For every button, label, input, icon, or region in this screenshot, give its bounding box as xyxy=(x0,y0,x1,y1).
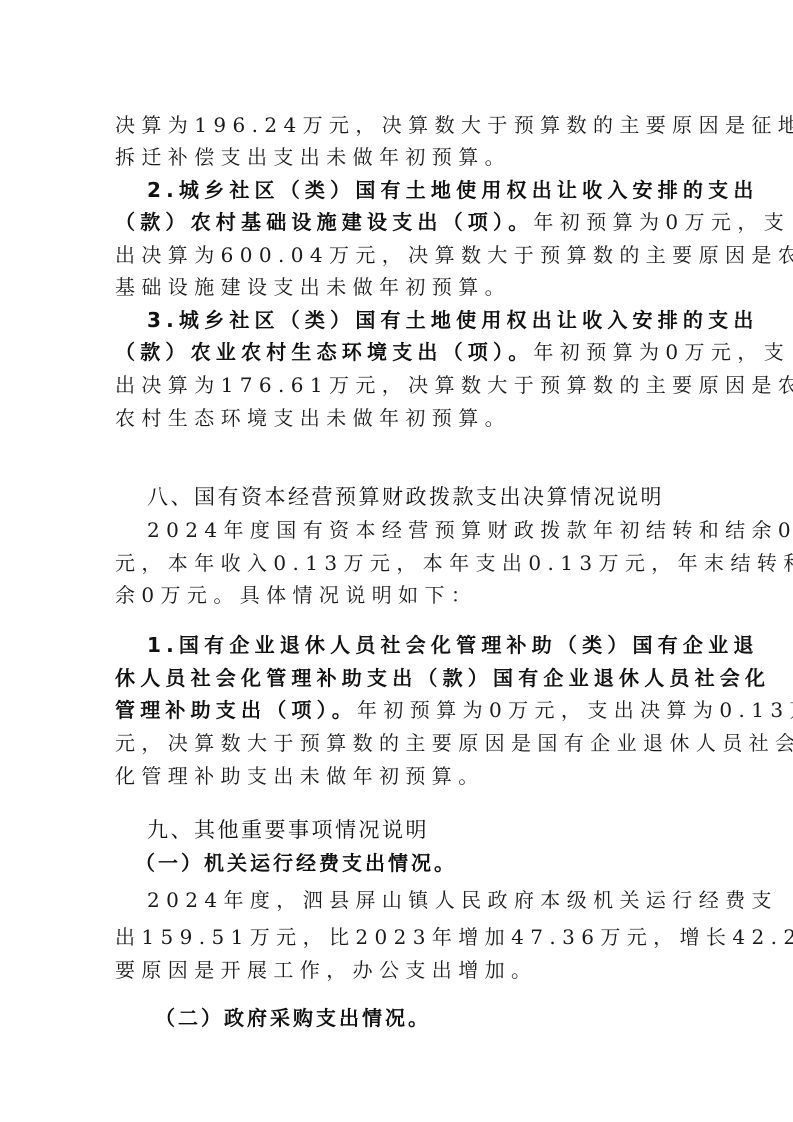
body-text: 基础设施建设支出未做年初预算。 xyxy=(115,275,511,299)
section-heading-text: 八、国有资本经营预算财政拨款支出决算情况说明 xyxy=(147,485,664,509)
paragraph-line: 化管理补助支出未做年初预算。 xyxy=(115,760,681,792)
body-text: 决算为196.24万元，决算数大于预算数的主要原因是征地和 xyxy=(115,113,793,137)
paragraph-line: 基础设施建设支出未做年初预算。 xyxy=(115,271,681,303)
body-text: 2024年度国有资本经营预算财政拨款年初结转和结余0万 xyxy=(147,518,793,542)
body-text: 拆迁补偿支出支出未做年初预算。 xyxy=(115,145,511,169)
paragraph-line: 2024年度，泗县屏山镇人民政府本级机关运行经费支 xyxy=(147,884,681,916)
paragraph-line: 要原因是开展工作，办公支出增加。 xyxy=(115,954,681,986)
item-title-bold: 3.城乡社区（类）国有土地使用权出让收入安排的支出 xyxy=(147,308,759,332)
item-title-bold: 1.国有企业退休人员社会化管理补助（类）国有企业退 xyxy=(147,633,759,657)
item-title-bold: 管理补助支出（项）。 xyxy=(115,698,357,722)
subsection-heading: （二）政府采购支出情况。 xyxy=(155,1002,681,1034)
item-title-bold: 休人员社会化管理补助支出（款）国有企业退休人员社会化 xyxy=(115,666,770,690)
paragraph-line: 余0万元。具体情况说明如下： xyxy=(115,579,681,611)
paragraph-line: 出159.51万元，比2023年增加47.36万元，增长42.2%，主 xyxy=(115,921,681,953)
document-page: 决算为196.24万元，决算数大于预算数的主要原因是征地和 拆迁补偿支出支出未做… xyxy=(0,0,793,1122)
item-title-line: 休人员社会化管理补助支出（款）国有企业退休人员社会化 xyxy=(115,662,681,694)
section-heading: 九、其他重要事项情况说明 xyxy=(147,814,681,846)
body-text: 化管理补助支出未做年初预算。 xyxy=(115,764,485,788)
section-heading: 八、国有资本经营预算财政拨款支出决算情况说明 xyxy=(147,481,681,513)
body-text: 年初预算为0万元，支 xyxy=(533,340,790,364)
body-text: 出决算为176.61万元，决算数大于预算数的主要原因是农业 xyxy=(115,373,793,397)
item-title-bold: （款）农村基础设施建设支出（项）。 xyxy=(115,210,533,234)
body-text: 年初预算为0万元，支 xyxy=(533,210,790,234)
paragraph-line: 管理补助支出（项）。年初预算为0万元，支出决算为0.13万 xyxy=(115,694,681,726)
paragraph-line: 拆迁补偿支出支出未做年初预算。 xyxy=(115,141,681,173)
paragraph-line: 元，本年收入0.13万元，本年支出0.13万元，年末结转和结 xyxy=(115,547,681,579)
item-title-line: 1.国有企业退休人员社会化管理补助（类）国有企业退 xyxy=(147,629,681,661)
paragraph-line: 农村生态环境支出未做年初预算。 xyxy=(115,402,681,434)
body-text: 元，本年收入0.13万元，本年支出0.13万元，年末结转和结 xyxy=(115,551,793,575)
paragraph-line: 决算为196.24万元，决算数大于预算数的主要原因是征地和 xyxy=(115,109,681,141)
body-text: 2024年度，泗县屏山镇人民政府本级机关运行经费支 xyxy=(147,888,778,912)
body-text: 农村生态环境支出未做年初预算。 xyxy=(115,406,511,430)
subsection-heading: （一）机关运行经费支出情况。 xyxy=(135,847,681,879)
paragraph-line: 出决算为600.04万元，决算数大于预算数的主要原因是农村 xyxy=(115,239,681,271)
body-text: 余0万元。具体情况说明如下： xyxy=(115,583,477,607)
item-title-line: 3.城乡社区（类）国有土地使用权出让收入安排的支出 xyxy=(147,304,681,336)
body-text: 出决算为600.04万元，决算数大于预算数的主要原因是农村 xyxy=(115,243,793,267)
paragraph-line: 元，决算数大于预算数的主要原因是国有企业退休人员社会 xyxy=(115,727,681,759)
body-text: 要原因是开展工作，办公支出增加。 xyxy=(115,958,537,982)
paragraph-line: （款）农业农村生态环境支出（项）。年初预算为0万元，支 xyxy=(115,336,681,368)
body-text: 年初预算为0万元，支出决算为0.13万 xyxy=(357,698,793,722)
paragraph-line: 2024年度国有资本经营预算财政拨款年初结转和结余0万 xyxy=(147,514,681,546)
subsection-heading-text: （一）机关运行经费支出情况。 xyxy=(135,851,457,875)
item-title-bold: （款）农业农村生态环境支出（项）。 xyxy=(115,340,533,364)
subsection-heading-text: （二）政府采购支出情况。 xyxy=(155,1006,431,1030)
body-text: 出159.51万元，比2023年增加47.36万元，增长42.2%，主 xyxy=(115,925,793,949)
item-title-line: 2.城乡社区（类）国有土地使用权出让收入安排的支出 xyxy=(147,174,681,206)
paragraph-line: 出决算为176.61万元，决算数大于预算数的主要原因是农业 xyxy=(115,369,681,401)
body-text: 元，决算数大于预算数的主要原因是国有企业退休人员社会 xyxy=(115,731,793,755)
paragraph-line: （款）农村基础设施建设支出（项）。年初预算为0万元，支 xyxy=(115,206,681,238)
section-heading-text: 九、其他重要事项情况说明 xyxy=(147,818,429,842)
item-title-bold: 2.城乡社区（类）国有土地使用权出让收入安排的支出 xyxy=(147,178,759,202)
